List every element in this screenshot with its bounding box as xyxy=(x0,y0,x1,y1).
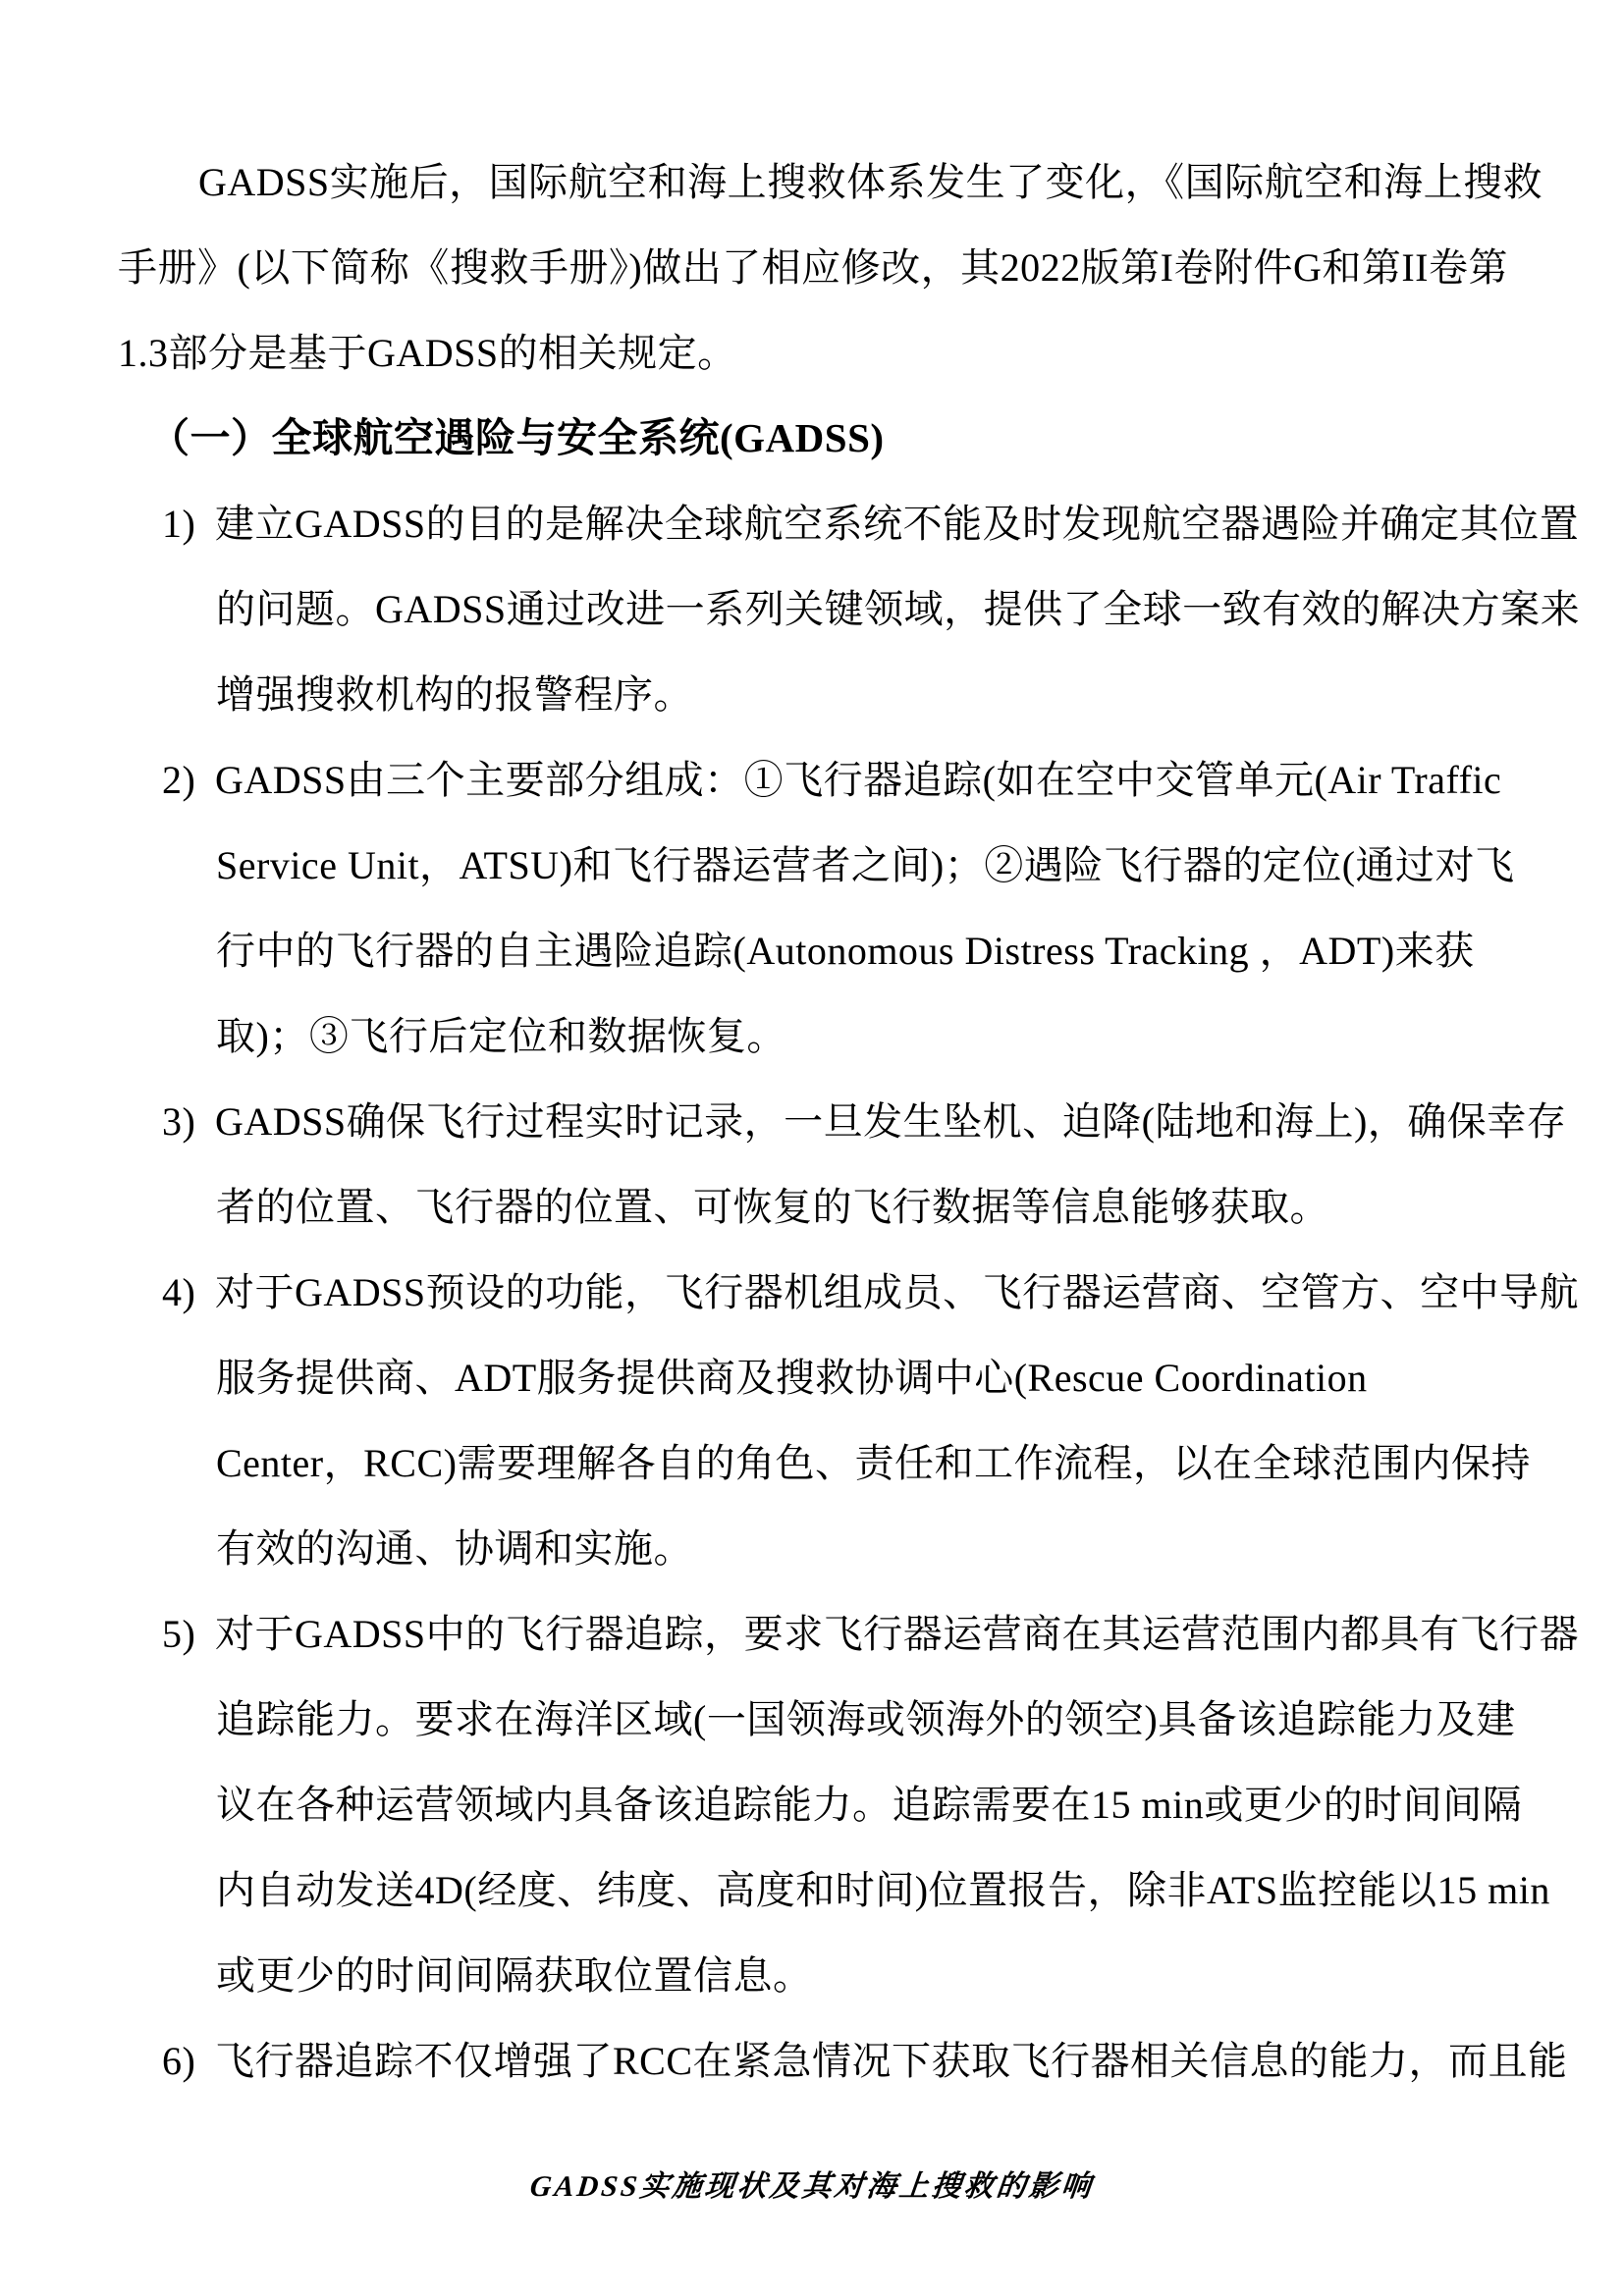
list-number: 1) xyxy=(162,481,215,566)
document-body: GADSS实施后，国际航空和海上搜救体系发生了变化，《国际航空和海上搜救手册》(… xyxy=(118,139,1508,2104)
line-text: 对于GADSS中的飞行器追踪，要求飞行器运营商在其运营范围内都具有飞行器 xyxy=(215,1612,1579,1656)
document-page: GADSS实施后，国际航空和海上搜救体系发生了变化，《国际航空和海上搜救手册》(… xyxy=(0,0,1624,2296)
footer-title: GADSS实施现状及其对海上搜救的影响 xyxy=(528,2167,1096,2207)
text-line: 的问题。GADSS通过改进一系列关键领域，提供了全球一致有效的解决方案来 xyxy=(118,566,1508,652)
text-line: GADSS实施后，国际航空和海上搜救体系发生了变化，《国际航空和海上搜救 xyxy=(118,139,1508,225)
text-line: Center，RCC)需要理解各自的角色、责任和工作流程，以在全球范围内保持 xyxy=(118,1420,1508,1506)
line-text: GADSS由三个主要部分组成：①飞行器追踪(如在空中交管单元(Air Traff… xyxy=(215,758,1501,802)
list-number: 6) xyxy=(162,2018,215,2104)
text-line: 4)对于GADSS预设的功能，飞行器机组成员、飞行器运营商、空管方、空中导航 xyxy=(118,1250,1508,1335)
page-footer: GADSS实施现状及其对海上搜救的影响 xyxy=(0,2167,1624,2207)
text-line: （一）全球航空遇险与安全系统(GADSS) xyxy=(118,396,1508,481)
text-line: 服务提供商、ADT服务提供商及搜救协调中心(Rescue Coordinatio… xyxy=(118,1335,1508,1420)
line-text: 建立GADSS的目的是解决全球航空系统不能及时发现航空器遇险并确定其位置 xyxy=(215,502,1579,546)
text-line: Service Unit，ATSU)和飞行器运营者之间)；②遇险飞行器的定位(通… xyxy=(118,823,1508,908)
text-line: 手册》(以下简称《搜救手册》)做出了相应修改，其2022版第I卷附件G和第II卷… xyxy=(118,225,1508,310)
text-line: 行中的飞行器的自主遇险追踪(Autonomous Distress Tracki… xyxy=(118,908,1508,993)
text-line: 取)；③飞行后定位和数据恢复。 xyxy=(118,993,1508,1079)
text-line: 6)飞行器追踪不仅增强了RCC在紧急情况下获取飞行器相关信息的能力，而且能 xyxy=(118,2018,1508,2104)
text-line: 追踪能力。要求在海洋区域(一国领海或领海外的领空)具备该追踪能力及建 xyxy=(118,1677,1508,1762)
text-line: 增强搜救机构的报警程序。 xyxy=(118,652,1508,737)
list-number: 2) xyxy=(162,737,215,823)
list-number: 5) xyxy=(162,1591,215,1677)
text-line: 有效的沟通、协调和实施。 xyxy=(118,1506,1508,1591)
text-line: 5)对于GADSS中的飞行器追踪，要求飞行器运营商在其运营范围内都具有飞行器 xyxy=(118,1591,1508,1677)
line-text: 对于GADSS预设的功能，飞行器机组成员、飞行器运营商、空管方、空中导航 xyxy=(215,1270,1579,1314)
text-line: 1)建立GADSS的目的是解决全球航空系统不能及时发现航空器遇险并确定其位置 xyxy=(118,481,1508,566)
text-line: 内自动发送4D(经度、纬度、高度和时间)位置报告，除非ATS监控能以15 min xyxy=(118,1847,1508,1933)
line-text: GADSS确保飞行过程实时记录，一旦发生坠机、迫降(陆地和海上)，确保幸存 xyxy=(215,1099,1566,1144)
text-line: 议在各种运营领域内具备该追踪能力。追踪需要在15 min或更少的时间间隔 xyxy=(118,1762,1508,1847)
line-text: 飞行器追踪不仅增强了RCC在紧急情况下获取飞行器相关信息的能力，而且能 xyxy=(215,2039,1568,2083)
list-number: 3) xyxy=(162,1079,215,1164)
text-line: 者的位置、飞行器的位置、可恢复的飞行数据等信息能够获取。 xyxy=(118,1164,1508,1250)
text-line: 1.3部分是基于GADSS的相关规定。 xyxy=(118,310,1508,396)
text-line: 2)GADSS由三个主要部分组成：①飞行器追踪(如在空中交管单元(Air Tra… xyxy=(118,737,1508,823)
text-line: 或更少的时间间隔获取位置信息。 xyxy=(118,1933,1508,2018)
list-number: 4) xyxy=(162,1250,215,1335)
text-line: 3)GADSS确保飞行过程实时记录，一旦发生坠机、迫降(陆地和海上)，确保幸存 xyxy=(118,1079,1508,1164)
